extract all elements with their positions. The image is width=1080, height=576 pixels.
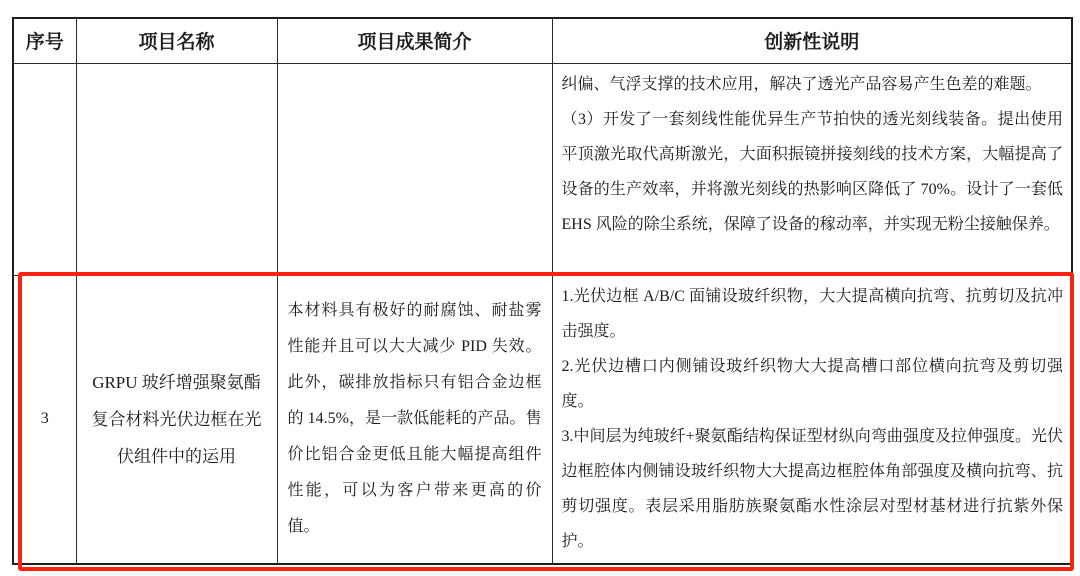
col-header-seq: 序号 [13,18,76,63]
table-row-continuation: 纠偏、气浮支撑的技术应用，解决了透光产品容易产生色差的难题。 （3）开发了一套刻… [13,63,1072,275]
table-row-3-highlighted: 3 GRPU 玻纤增强聚氨酯复合材料光伏边框在光伏组件中的运用 本材料具有极好的… [13,275,1072,564]
innovation-paragraph: 3.中间层为纯玻纤+聚氨酯结构保证型材纵向弯曲强度及拉伸强度。光伏边框腔体内侧铺… [562,419,1064,559]
table-header-row: 序号 项目名称 项目成果简介 创新性说明 [13,18,1072,63]
seq-cell: 3 [13,275,76,564]
innovation-cell: 1.光伏边框 A/B/C 面铺设玻纤织物，大大提高横向抗弯、抗剪切及抗冲击强度。… [552,275,1072,564]
innovation-paragraph: （3）开发了一套刻线性能优异生产节拍快的透光刻线装备。提出使用平顶激光取代高斯激… [562,102,1064,242]
col-header-project-name: 项目名称 [76,18,277,63]
innovation-paragraph: 2.光伏边槽口内侧铺设玻纤织物大大提高槽口部位横向抗弯及剪切强度。 [562,349,1064,419]
innovation-paragraph: 纠偏、气浮支撑的技术应用，解决了透光产品容易产生色差的难题。 [562,67,1064,102]
innovation-paragraph: 1.光伏边框 A/B/C 面铺设玻纤织物，大大提高横向抗弯、抗剪切及抗冲击强度。 [562,279,1064,349]
summary-cell [277,63,552,275]
project-name-cell: GRPU 玻纤增强聚氨酯复合材料光伏边框在光伏组件中的运用 [76,275,277,564]
col-header-summary: 项目成果简介 [277,18,552,63]
col-header-innovation: 创新性说明 [552,18,1072,63]
summary-cell: 本材料具有极好的耐腐蚀、耐盐雾性能并且可以大大减少 PID 失效。此外，碳排放指… [277,275,552,564]
document-page: { "table": { "headers": { "seq": "序号", "… [0,0,1080,576]
project-name-cell [76,63,277,275]
projects-table: 序号 项目名称 项目成果简介 创新性说明 纠偏、气浮支撑的技术应用，解决了透光产… [12,17,1073,565]
innovation-cell: 纠偏、气浮支撑的技术应用，解决了透光产品容易产生色差的难题。 （3）开发了一套刻… [552,63,1072,275]
seq-cell [13,63,76,275]
